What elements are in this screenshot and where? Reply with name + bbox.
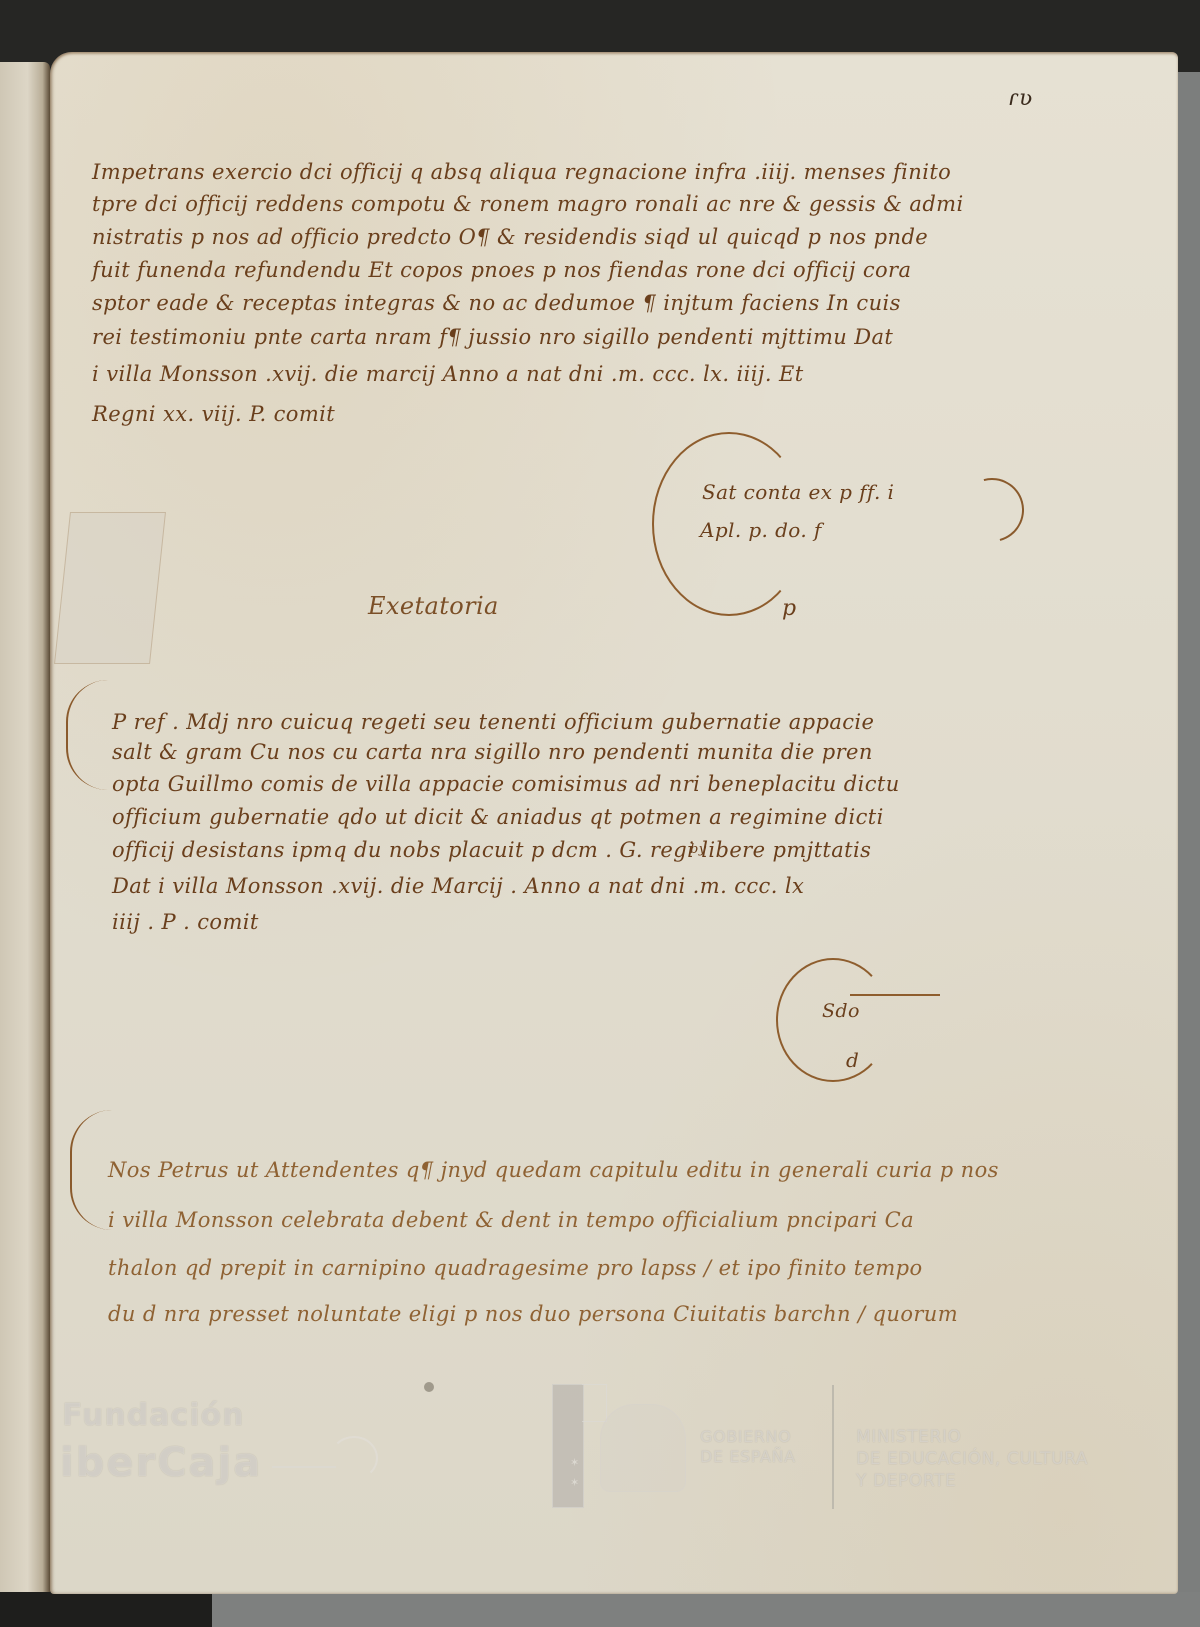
manuscript-line: fuit funenda refundendu Et copos pnoes p… [92, 258, 911, 282]
superscript-note: by [690, 842, 706, 857]
manuscript-line: sptor eade & receptas integras & no ac d… [92, 291, 901, 315]
spain-flag-strip-icon [552, 1384, 584, 1508]
spain-flag-box-icon [582, 1384, 607, 1422]
ministerio-logo-line3: Y DEPORTE [856, 1472, 956, 1491]
manuscript-line: Dat i villa Monsson .xvij. die Marcij . … [112, 874, 804, 898]
manuscript-line: tpre dci officij reddens compotu & ronem… [92, 192, 964, 216]
fundacion-ibercaja-logo-line2: iberCaja [60, 1440, 262, 1486]
manuscript-line: salt & gram Cu nos cu carta nra sigillo … [112, 740, 873, 764]
spain-coat-of-arms-icon [600, 1404, 686, 1492]
star-icon: ✶ [570, 1456, 579, 1469]
ministerio-logo-line2: DE EDUCACIÓN, CULTURA [856, 1450, 1088, 1469]
manuscript-line: iiij . P . comit [112, 910, 259, 934]
logo-divider [832, 1385, 834, 1509]
gobierno-logo-line2: DE ESPAÑA [700, 1448, 796, 1466]
annotation-line: Apl. p. do. f [700, 518, 822, 542]
ibercaja-swoosh-icon [272, 1466, 336, 1468]
manuscript-line: Regni xx. viij. P. comit [92, 402, 335, 426]
manuscript-line: rei testimoniu pnte carta nram f¶ jussio… [92, 325, 893, 349]
ministerio-logo-line1: MINISTERIO [856, 1428, 962, 1447]
previous-page-edge [0, 62, 50, 1592]
manuscript-line: i villa Monsson celebrata debent & dent … [108, 1208, 914, 1232]
signature-stroke [850, 994, 940, 996]
annotation-line: Sat conta ex p ff. i [702, 480, 894, 504]
manuscript-line: i villa Monsson .xvij. die marcij Anno a… [92, 362, 804, 386]
star-icon: ✶ [570, 1476, 579, 1489]
ink-spot [424, 1382, 434, 1392]
manuscript-line: nistratis p nos ad officio predcto O¶ & … [92, 225, 928, 249]
annotation-mark: p [782, 596, 796, 621]
section-heading: Exetatoria [368, 592, 499, 620]
gobierno-logo-line1: GOBIERNO [700, 1428, 791, 1446]
manuscript-line: officium gubernatie qdo ut dicit & aniad… [112, 805, 884, 829]
pasted-paper-patch [54, 512, 166, 664]
signature-text: Sdo [822, 1000, 860, 1022]
fundacion-ibercaja-logo-line1: Fundación [62, 1398, 244, 1433]
manuscript-line: Impetrans exercio dci officij q absq ali… [92, 160, 951, 184]
manuscript-line: du d nra presset noluntate eligi p nos d… [108, 1302, 958, 1326]
manuscript-line: officij desistans ipmq du nobs placuit p… [112, 838, 871, 862]
ibercaja-swoosh-curve-icon [330, 1436, 378, 1480]
manuscript-line: thalon qd prepit in carnipino quadragesi… [108, 1256, 923, 1280]
folio-number: ɾʋ [1008, 86, 1033, 111]
manuscript-line: Nos Petrus ut Attendentes q¶ jnyd quedam… [108, 1158, 999, 1182]
manuscript-line: opta Guillmo comis de villa appacie comi… [112, 772, 900, 796]
signature-mark: d [846, 1048, 859, 1072]
manuscript-line: P ref . Mdj nro cuicuq regeti seu tenent… [112, 710, 874, 734]
gray-backing-card-bottom [212, 1592, 1200, 1627]
